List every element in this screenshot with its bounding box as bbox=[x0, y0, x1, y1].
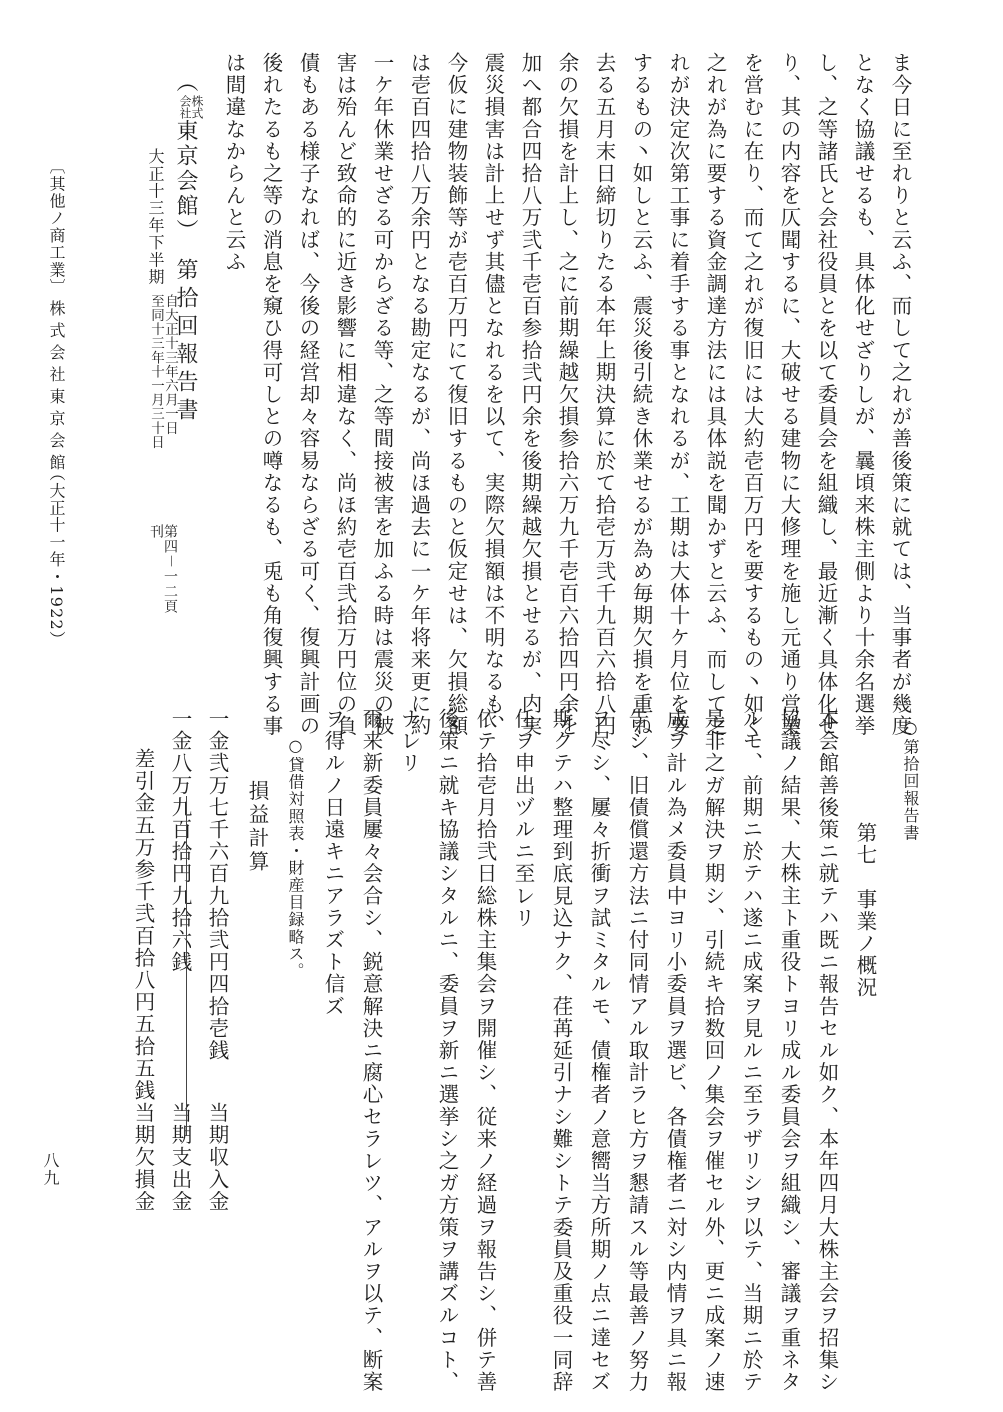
pl-amount-income: 一金弐万七千六百九拾弐円四拾壱銭 bbox=[207, 708, 228, 1062]
top-line: り、其の内容を仄聞するに、大破せる建物に大修理を施し元通り営業 bbox=[779, 52, 800, 737]
bottom-line: 是非之ガ解決ヲ期シ、引続キ拾数回ノ集会ヲ催セル外、更ニ成案ノ速 bbox=[703, 708, 724, 1393]
publisher-name: 株式会社東京会館 bbox=[48, 300, 64, 476]
bottom-line: ナレリ bbox=[399, 708, 420, 774]
pages-suffix: 刊 bbox=[148, 524, 164, 539]
top-line: 之れが為に要する資金調達方法には具体説を聞かずと云ふ、而して之 bbox=[705, 52, 726, 737]
period: 大正十三年下半期 bbox=[146, 148, 165, 286]
period-from: 自大正十三年六月一日 bbox=[162, 294, 178, 435]
top-line: は壱百四拾八万余円となる勘定なるが、尚ほ過去に一ケ年将来更に約 bbox=[409, 52, 430, 737]
bottom-line: 本会館善後策ニ就テハ既ニ報告セル如ク、本年四月大株主会ヲ招集シ bbox=[817, 708, 838, 1393]
pl-title: 損益計算 bbox=[247, 780, 268, 874]
bottom-line: ヲ尽シ、屢々折衝ヲ試ミタルモ、債権者ノ意嚮当方所期ノ点ニ達セズ bbox=[589, 708, 610, 1393]
pl-label-income: 当期収入金 bbox=[207, 1102, 228, 1213]
bottom-line: ヲ得ルノ日遠キニアラズト信ズ bbox=[323, 708, 344, 1017]
top-line: 加へ都合四拾八万弐千壱百参拾弐円余を後期繰越欠損とせるが、内実 bbox=[520, 52, 541, 737]
pages-block: 第四－一二頁 刊 bbox=[149, 524, 177, 614]
top-line: 余の欠損を計上し、之に前期繰越欠損参拾六万九千壱百六拾四円余を bbox=[557, 52, 578, 737]
top-line: 債もある様子なれば、今後の経営却々容易ならざる可く、復興計画の bbox=[298, 52, 319, 737]
page-number: 八九 bbox=[42, 1152, 58, 1186]
top-line: 一ケ年休業せざる可からざる等、之等間接被害を加ふる時は震災の被 bbox=[372, 52, 393, 737]
top-line: し、之等諸氏と会社役員とを以て委員会を組織し、最近漸く具体化せ bbox=[816, 52, 837, 737]
paren-open: （ bbox=[174, 70, 196, 95]
top-line: を営むに在り、而て之れが復旧には大約壱百万円を要するもの丶如く bbox=[742, 52, 763, 737]
pages: 第四－一二頁 bbox=[162, 524, 178, 614]
top-line: は間違なからんと云ふ bbox=[224, 52, 245, 273]
heading-text: 第拾回報告書 bbox=[901, 738, 920, 841]
pl-label-net-loss: 当期欠損金 bbox=[133, 1102, 154, 1213]
pl-amount-net-loss: 差引金五万参千弐百拾八円五拾五銭 bbox=[133, 748, 154, 1102]
section-title: 第七 事業ノ概況 bbox=[855, 822, 876, 999]
paren-close: ） bbox=[173, 219, 198, 244]
category-label: 〔其他ノ商工業〕 bbox=[48, 158, 64, 296]
bottom-line: 依テ拾壱月拾弐日総株主集会ヲ開催シ、従来ノ経過ヲ報告シ、併テ善 bbox=[475, 708, 496, 1393]
report-heading: ○第拾回報告書 bbox=[902, 718, 918, 841]
bottom-line: 成ヲ計ル為メ委員中ヨリ小委員ヲ選ビ、各債権者ニ対シ内情ヲ具ニ報 bbox=[665, 708, 686, 1393]
top-line: するもの丶如しと云ふ、震災後引続き休業せるが為め毎期欠損を重ね bbox=[631, 52, 652, 737]
period-range: 自大正十三年六月一日 至同十三年十一月三十日 bbox=[149, 294, 177, 449]
bottom-line: 協議ノ結果、大株主ト重役トヨリ成ル委員会ヲ組織シ、審議ヲ重ネタ bbox=[779, 708, 800, 1393]
omission-note: ○貸借対照表・財産目録略ス。 bbox=[287, 736, 303, 980]
top-line: 去る五月末日締切りたる本年上期決算に於て拾壱万弐千九百六拾八円 bbox=[594, 52, 615, 737]
bottom-line: 爾来新委員屢々会合シ、鋭意解決ニ腐心セラレツ、アルヲ以テ、断案 bbox=[361, 708, 382, 1393]
top-line: 今仮に建物装飾等が壱百万円にて復旧するものと仮定せは、欠損総額 bbox=[446, 52, 467, 737]
bottom-line: 告シ、旧債償還方法ニ付同情アル取計ラヒ方ヲ懇請スル等最善ノ努力 bbox=[627, 708, 648, 1393]
year-note: （大正十一年・1922） bbox=[48, 465, 64, 648]
period-to: 至同十三年十一月三十日 bbox=[148, 294, 164, 449]
bottom-line: 任ヲ申出ヅルニ至レリ bbox=[513, 708, 534, 929]
company-kind: 株式会社 bbox=[179, 95, 203, 119]
top-line: 震災損害は計上せず其儘となれるを以て、実際欠損額は不明なるも、 bbox=[483, 52, 504, 737]
top-line: 後れたるも之等の消息を窺ひ得可しとの噂なるも、兎も角復興する事 bbox=[261, 52, 282, 737]
period-line: 大正十三年下半期 bbox=[147, 148, 163, 286]
top-line: 害は殆んど致命的に近き影響に相違なく、尚ほ約壱百弐拾万円位の負 bbox=[335, 52, 356, 737]
top-line: れが決定次第工事に着手する事となれるが、工期は大体十ケ月位を要 bbox=[668, 52, 689, 737]
company-name: 東京会館 bbox=[173, 119, 198, 219]
bottom-line: 後策ニ就キ協議シタルニ、委員ヲ新ニ選挙シ之ガ方策ヲ講ズルコト、 bbox=[437, 708, 458, 1393]
circle-marker: ○ bbox=[901, 718, 920, 738]
bottom-line: ルモ、前期ニ於テハ遂ニ成案ヲ見ルニ至ラザリシヲ以テ、当期ニ於テ bbox=[741, 708, 762, 1393]
top-line: となく協議せるも、具体化せざりしが、曩頃来株主側より十余名選挙 bbox=[853, 52, 874, 737]
total-rule bbox=[186, 796, 187, 1136]
bottom-line: 斯クテハ整理到底見込ナク、荏苒延引ナシ難シトテ委員及重役一同辞 bbox=[551, 708, 572, 1393]
top-line: ま今日に至れりと云ふ、而して之れが善後策に就ては、当事者が幾度 bbox=[890, 52, 911, 737]
company-heading: （株式会社東京会館）第拾回報告書 bbox=[174, 70, 203, 426]
